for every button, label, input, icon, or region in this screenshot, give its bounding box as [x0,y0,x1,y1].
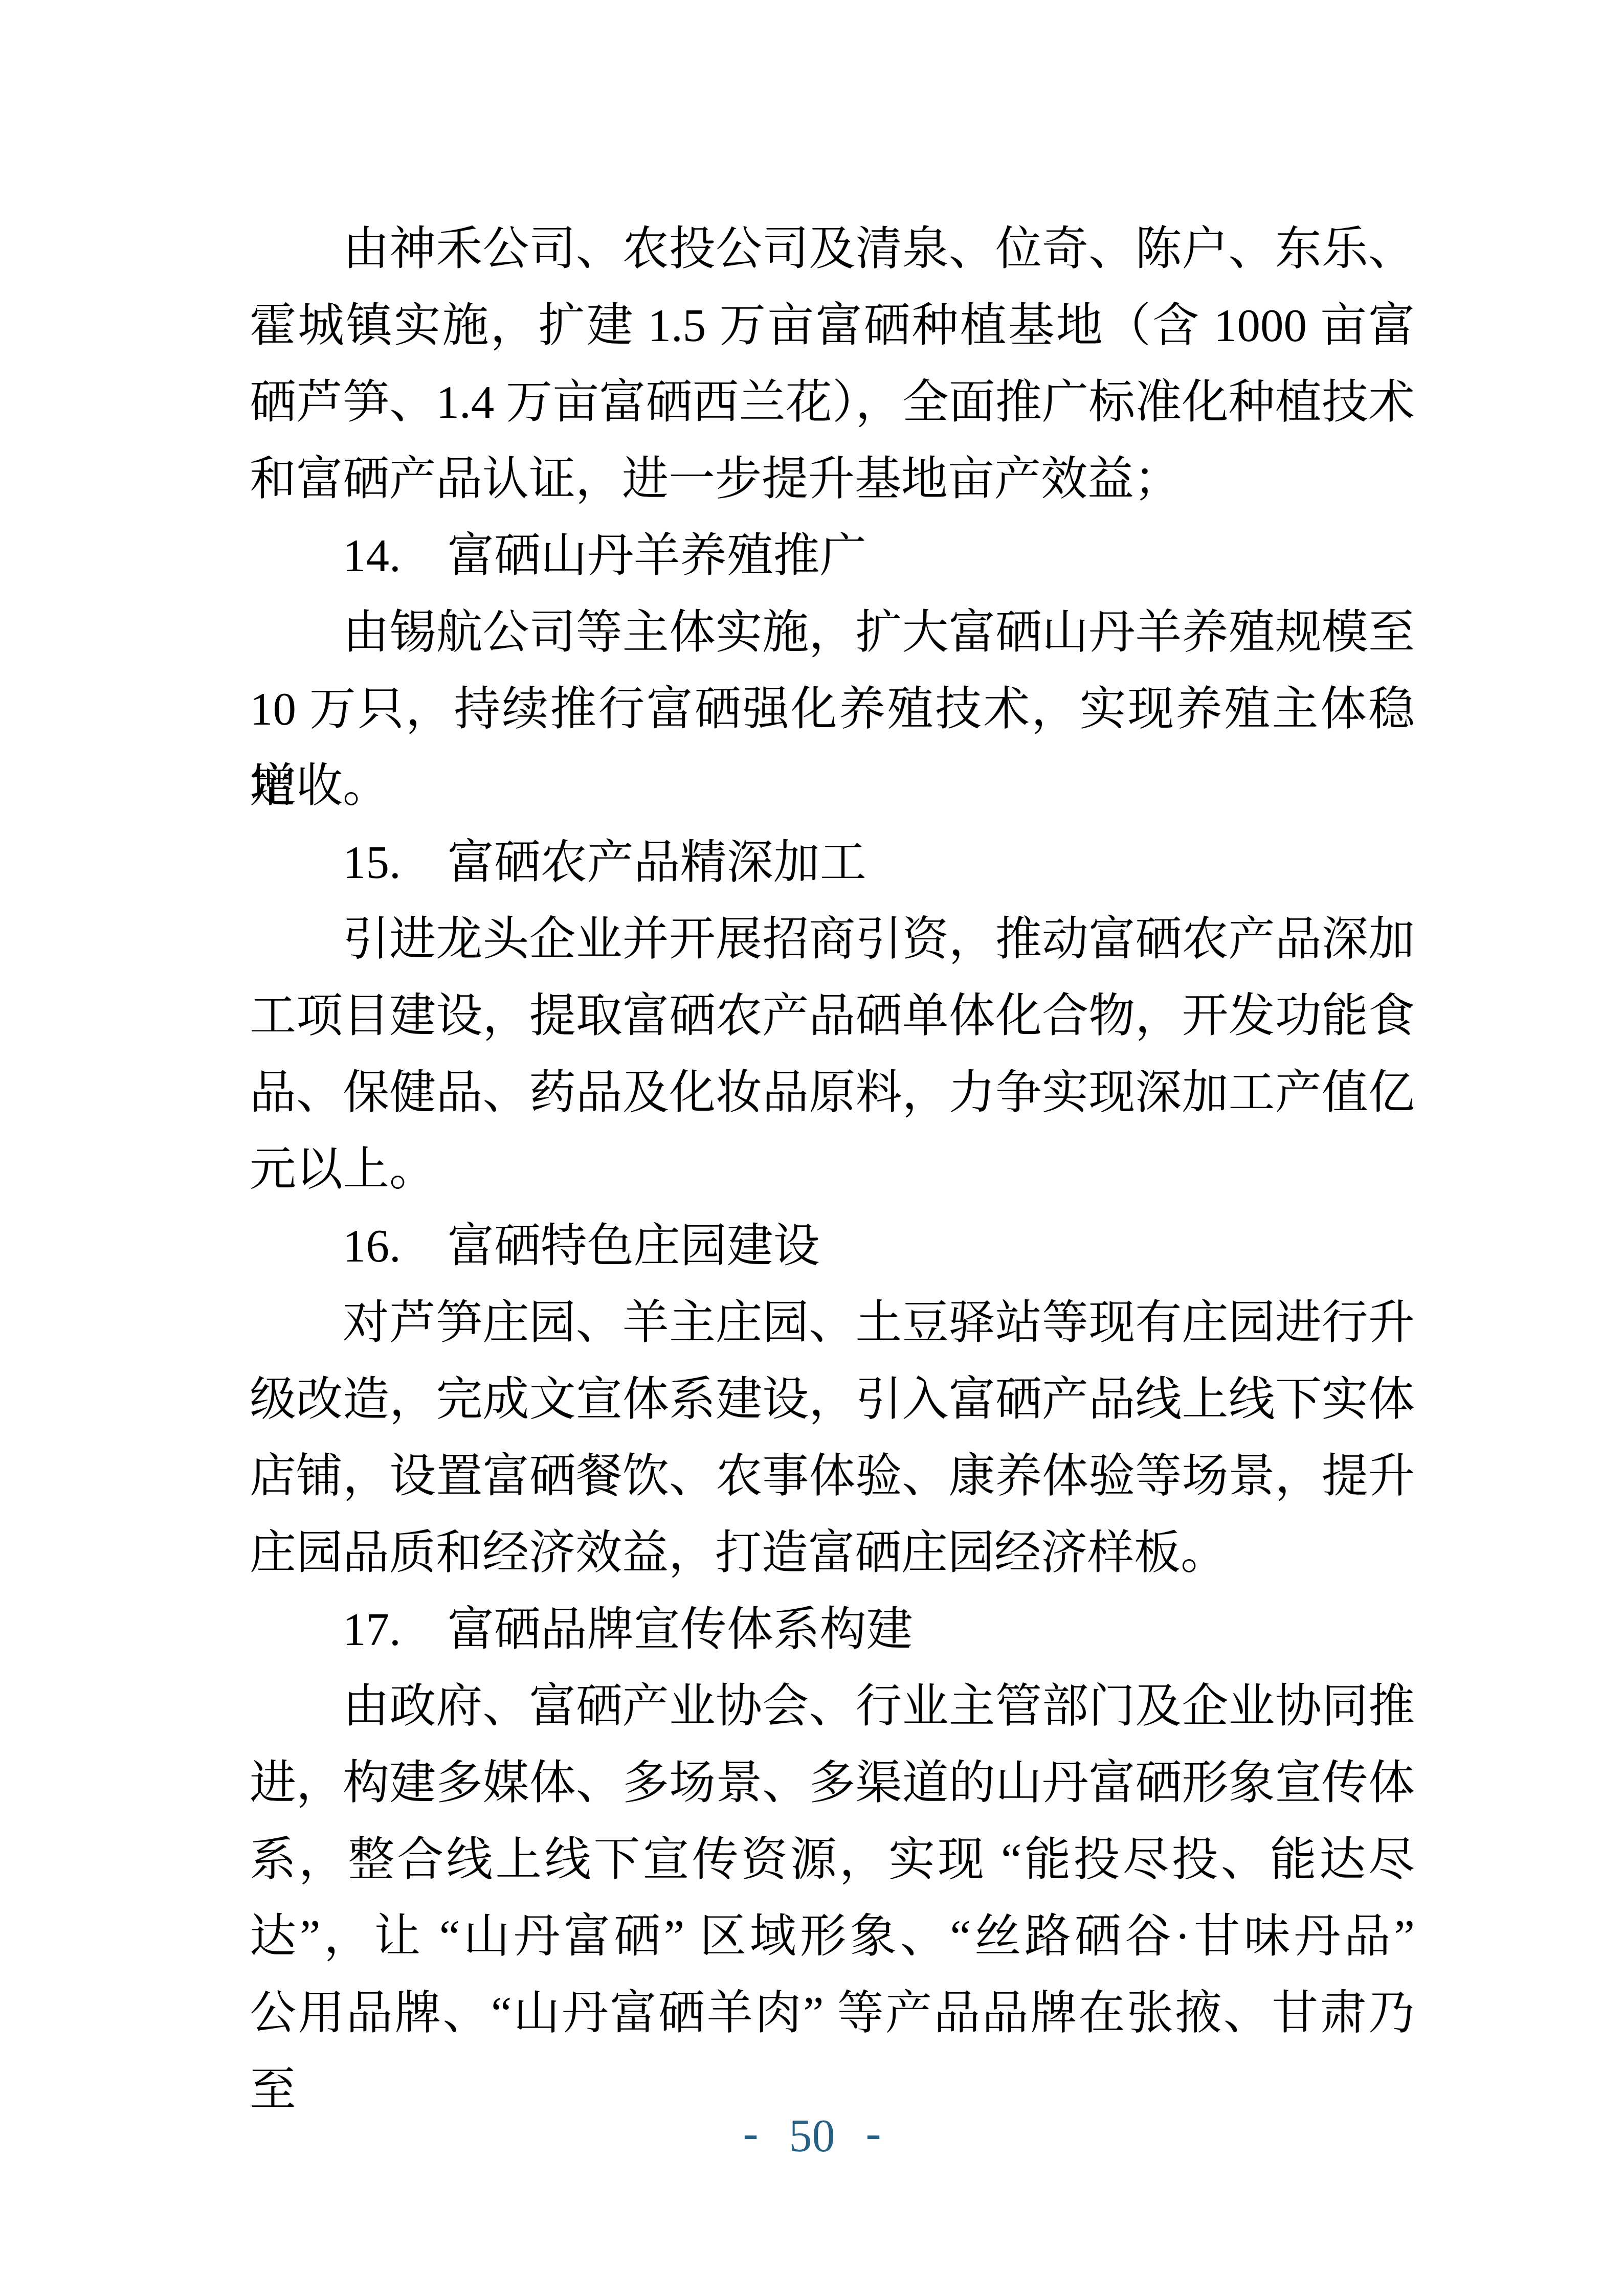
heading-item-14: 14. 富硒山丹羊养殖推广 [250,517,1415,594]
body-line: 元以上。 [250,1131,1415,1208]
body-line: 由锡航公司等主体实施，扩大富硒山丹羊养殖规模至 [250,594,1415,671]
heading-item-17: 17. 富硒品牌宣传体系构建 [250,1591,1415,1668]
body-line: 达”，让 “山丹富硒” 区域形象、“丝路硒谷·甘味丹品” [250,1898,1415,1975]
body-line: 由神禾公司、农投公司及清泉、位奇、陈户、东乐、 [250,211,1415,287]
body-line: 品、保健品、药品及化妆品原料，力争实现深加工产值亿 [250,1054,1415,1131]
body-line: 进，构建多媒体、多场景、多渠道的山丹富硒形象宣传体 [250,1745,1415,1821]
body-line: 和富硒产品认证，进一步提升基地亩产效益； [250,441,1415,517]
body-line: 庄园品质和经济效益，打造富硒庄园经济样板。 [250,1515,1415,1591]
heading-item-16: 16. 富硒特色庄园建设 [250,1208,1415,1285]
body-line: 霍城镇实施，扩建 1.5 万亩富硒种植基地（含 1000 亩富 [250,287,1415,364]
footer-right-dash: - [866,2108,881,2159]
body-line: 工项目建设，提取富硒农产品硒单体化合物，开发功能食 [250,978,1415,1054]
body-line: 硒芦笋、1.4 万亩富硒西兰花），全面推广标准化种植技术 [250,364,1415,441]
body-line: 由政府、富硒产业协会、行业主管部门及企业协同推 [250,1668,1415,1745]
body-line: 公用品牌、“山丹富硒羊肉” 等产品品牌在张掖、甘肃乃至 [250,1975,1415,2052]
body-line: 级改造，完成文宣体系建设，引入富硒产品线上线下实体 [250,1361,1415,1438]
page-footer: - 50 - [0,2111,1624,2162]
document-text-block: 由神禾公司、农投公司及清泉、位奇、陈户、东乐、 霍城镇实施，扩建 1.5 万亩富… [250,211,1415,2052]
body-line: 系，整合线上线下宣传资源，实现 “能投尽投、能达尽 [250,1821,1415,1898]
body-line: 10 万只，持续推行富硒强化养殖技术，实现养殖主体稳定 [250,671,1415,748]
page-number: 50 [789,2111,835,2162]
document-page: 由神禾公司、农投公司及清泉、位奇、陈户、东乐、 霍城镇实施，扩建 1.5 万亩富… [0,0,1624,2296]
footer-left-dash: - [743,2108,759,2159]
heading-item-15: 15. 富硒农产品精深加工 [250,824,1415,901]
body-line: 增收。 [250,748,1415,824]
body-line: 引进龙头企业并开展招商引资，推动富硒农产品深加 [250,901,1415,978]
body-line: 对芦笋庄园、羊主庄园、土豆驿站等现有庄园进行升 [250,1285,1415,1361]
body-line: 店铺，设置富硒餐饮、农事体验、康养体验等场景，提升 [250,1438,1415,1515]
